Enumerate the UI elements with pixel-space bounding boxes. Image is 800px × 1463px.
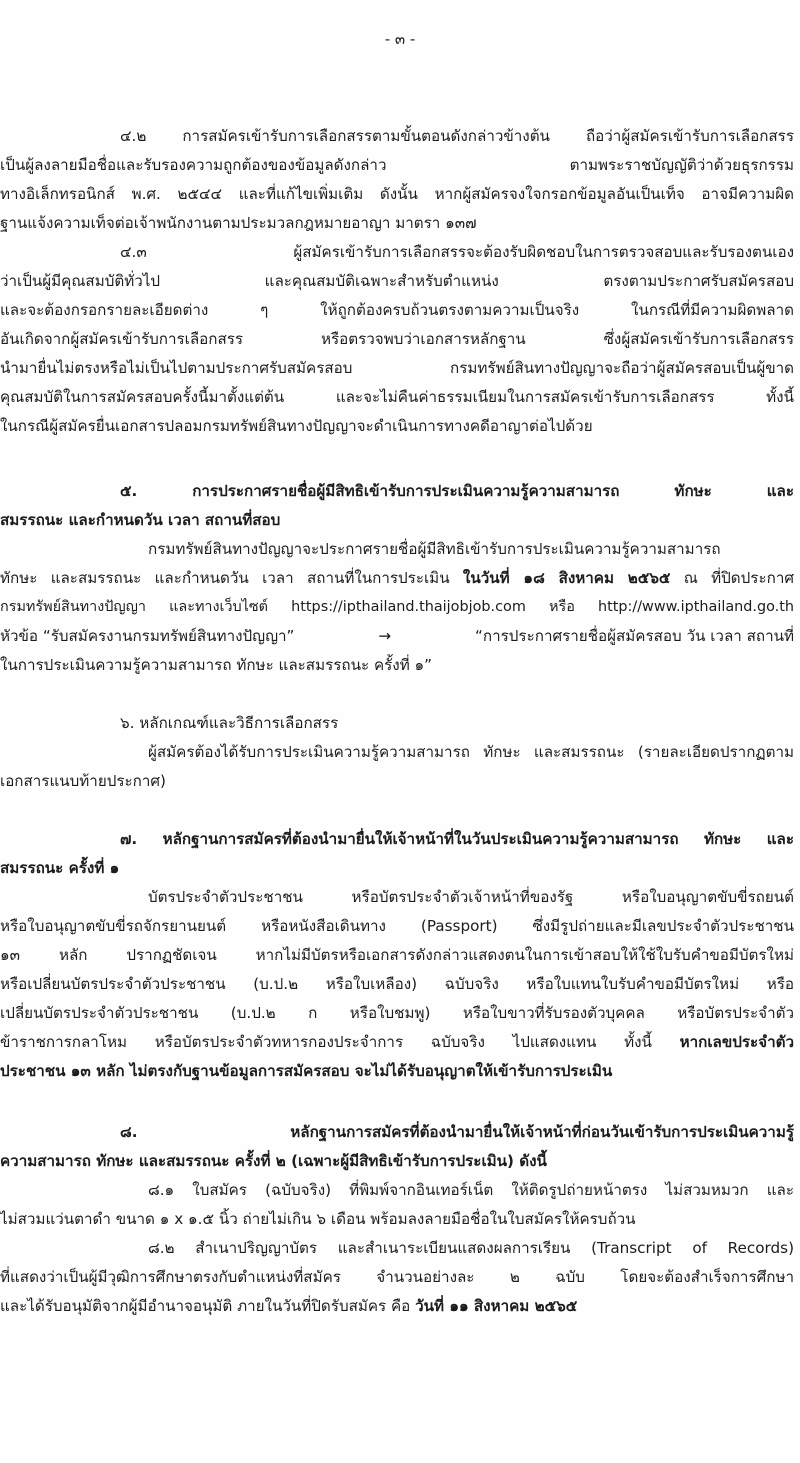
- paragraph-line: คุณสมบัติในการสมัครสอบครั้งนี้มาตั้งแต่ต…: [0, 387, 794, 407]
- paragraph-line: ในกรณีผู้สมัครยื่นเอกสารปลอมกรมทรัพย์สิน…: [0, 416, 593, 436]
- website-link-ipthailand[interactable]: http://www.ipthailand.go.th: [598, 599, 794, 615]
- paragraph-line: และได้รับอนุมัติจากผู้มีอำนาจอนุมัติ ภาย…: [0, 1296, 577, 1316]
- paragraph-line: ๑๓ หลัก ปรากฏชัดเจน หากไม่มีบัตรหรือเอกส…: [0, 945, 794, 965]
- text-span: กรมทรัพย์สินทางปัญญา และทางเว็บไซต์: [0, 599, 291, 615]
- section-heading: ๗. หลักฐานการสมัครที่ต้องนำมายื่นให้เจ้า…: [120, 829, 794, 849]
- paragraph-line: อันเกิดจากผู้สมัครเข้ารับการเลือกสรร หรื…: [0, 329, 794, 349]
- paragraph-line: ๘.๑ ใบสมัคร (ฉบับจริง) ที่พิมพ์จากอินเทอ…: [148, 1180, 794, 1200]
- website-link-thaijobjob[interactable]: https://ipthailand.thaijobjob.com: [291, 599, 526, 615]
- paragraph-line: ฐานแจ้งความเท็จต่อเจ้าพนักงานตามประมวลกฎ…: [0, 213, 477, 233]
- paragraph-line: นำมายื่นไม่ตรงหรือไม่เป็นไปตามประกาศรับส…: [0, 358, 794, 378]
- closing-date: วันที่ ๑๑ สิงหาคม ๒๕๖๕: [415, 1297, 577, 1315]
- announcement-date: ในวันที่ ๑๘ สิงหาคม ๒๕๖๕: [463, 569, 670, 587]
- text-span: หัวข้อ “รับสมัครงานกรมทรัพย์สินทางปัญญา”: [0, 626, 294, 646]
- paragraph-line: และจะต้องกรอกรายละเอียดต่าง ๆ ให้ถูกต้อง…: [0, 300, 794, 320]
- paragraph-line: ข้าราชการกลาโหม หรือบัตรประจำตัวทหารกองป…: [0, 1032, 794, 1052]
- paragraph-line: กรมทรัพย์สินทางปัญญาจะประกาศรายชื่อผู้มี…: [148, 539, 794, 559]
- page-number: - ๓ -: [0, 27, 800, 51]
- arrow-right-icon: →: [378, 626, 391, 646]
- paragraph-line: ไม่สวมแว่นตาดำ ขนาด ๑ x ๑.๕ นิ้ว ถ่ายไม่…: [0, 1209, 636, 1229]
- paragraph-line: หัวข้อ “รับสมัครงานกรมทรัพย์สินทางปัญญา”…: [0, 626, 794, 646]
- paragraph-line: ๔.๓ ผู้สมัครเข้ารับการเลือกสรรจะต้องรับผ…: [120, 242, 794, 262]
- paragraph-line: ๔.๒ การสมัครเข้ารับการเลือกสรรตามขั้นตอน…: [120, 126, 794, 146]
- section-heading: ๘. หลักฐานการสมัครที่ต้องนำมายื่นให้เจ้า…: [120, 1122, 794, 1142]
- paragraph-line: กรมทรัพย์สินทางปัญญา และทางเว็บไซต์ http…: [0, 597, 794, 617]
- paragraph-line: หรือใบอนุญาตขับขี่รถจักรยานยนต์ หรือหนัง…: [0, 916, 794, 936]
- section-heading: ความสามารถ ทักษะ และสมรรถนะ ครั้งที่ ๒ (…: [0, 1151, 547, 1171]
- text-span: หรือ: [526, 599, 598, 615]
- paragraph-line: เอกสารแนบท้ายประกาศ): [0, 771, 166, 791]
- section-heading: ๕. การประกาศรายชื่อผู้มีสิทธิเข้ารับการป…: [120, 481, 794, 501]
- paragraph-line: ทักษะ และสมรรถนะ และกำหนดวัน เวลา สถานที…: [0, 568, 794, 588]
- paragraph-line: เป็นผู้ลงลายมือชื่อและรับรองความถูกต้องข…: [0, 155, 794, 175]
- text-span: ทักษะ และสมรรถนะ และกำหนดวัน เวลา สถานที…: [0, 569, 463, 587]
- section-heading: ๖. หลักเกณฑ์และวิธีการเลือกสรร: [120, 713, 338, 733]
- paragraph-line: บัตรประจำตัวประชาชน หรือบัตรประจำตัวเจ้า…: [148, 887, 794, 907]
- paragraph-line: เปลี่ยนบัตรประจำตัวประชาชน (บ.ป.๒ ก หรือ…: [0, 1003, 794, 1023]
- section-heading: สมรรถนะ ครั้งที่ ๑: [0, 858, 119, 878]
- text-span: “การประกาศรายชื่อผู้สมัครสอบ วัน เวลา สถ…: [475, 626, 794, 646]
- paragraph-line: ผู้สมัครต้องได้รับการประเมินความรู้ความส…: [148, 742, 794, 762]
- bold-warning: หากเลขประจำตัว: [680, 1033, 794, 1051]
- bold-warning: ประชาชน ๑๓ หลัก ไม่ตรงกับฐานข้อมูลการสมั…: [0, 1061, 612, 1081]
- text-span: ข้าราชการกลาโหม หรือบัตรประจำตัวทหารกองป…: [0, 1033, 680, 1051]
- paragraph-line: ว่าเป็นผู้มีคุณสมบัติทั่วไป และคุณสมบัติ…: [0, 271, 794, 291]
- paragraph-line: ในการประเมินความรู้ความสามารถ ทักษะ และส…: [0, 655, 432, 675]
- text-span: และได้รับอนุมัติจากผู้มีอำนาจอนุมัติ ภาย…: [0, 1297, 415, 1315]
- paragraph-line: ที่แสดงว่าเป็นผู้มีวุฒิการศึกษาตรงกับตำแ…: [0, 1267, 794, 1287]
- paragraph-line: ทางอิเล็กทรอนิกส์ พ.ศ. ๒๕๔๔ และที่แก้ไขเ…: [0, 184, 794, 204]
- section-heading: สมรรถนะ และกำหนดวัน เวลา สถานที่สอบ: [0, 510, 280, 530]
- paragraph-line: ๘.๒ สำเนาปริญญาบัตร และสำเนาระเบียนแสดงผ…: [148, 1238, 794, 1258]
- text-span: ณ ที่ปิดประกาศ: [670, 569, 794, 587]
- paragraph-line: หรือเปลี่ยนบัตรประจำตัวประชาชน (บ.ป.๒ หร…: [0, 974, 794, 994]
- document-page: - ๓ - ๔.๒ การสมัครเข้ารับการเลือกสรรตามข…: [0, 0, 800, 1463]
